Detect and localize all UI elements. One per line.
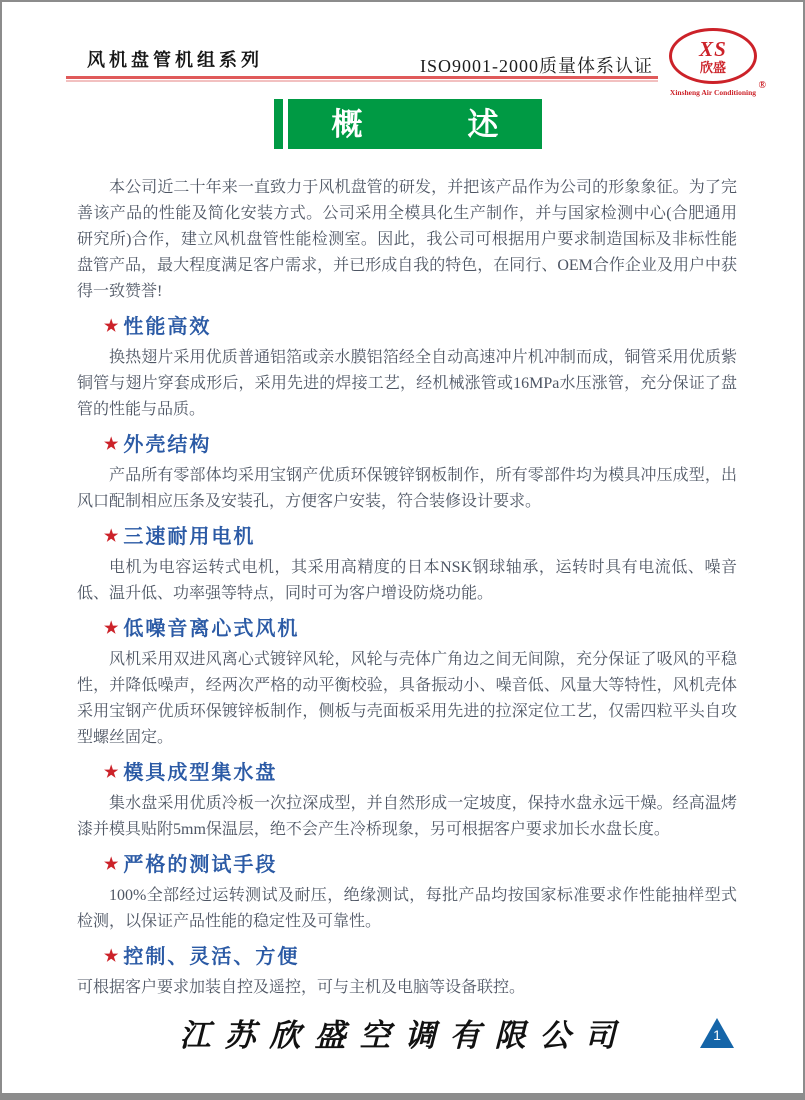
star-icon: ★ [104, 436, 120, 453]
feature-section: ★三速耐用电机 电机为电容运转式电机，其采用高精度的日本NSK钢球轴承，运转时具… [77, 525, 737, 607]
feature-section-title: 性能高效 [123, 316, 211, 338]
star-icon: ★ [104, 620, 120, 637]
document-page: 风机盘管机组系列 ISO9001-2000质量体系认证 XS 欣盛 ® Xins… [0, 0, 805, 1100]
feature-section-title: 严格的测试手段 [123, 854, 277, 876]
page-number: 1 [700, 1027, 734, 1043]
feature-section-body: 可根据客户要求加装自控及遥控，可与主机及电脑等设备联控。 [77, 975, 737, 1001]
feature-section: ★模具成型集水盘 集水盘采用优质冷板一次拉深成型，并自然形成一定坡度，保持水盘永… [77, 761, 737, 843]
feature-section-body: 换热翅片采用优质普通铝箔或亲水膜铝箔经全自动高速冲片机冲制而成，铜管采用优质紫铜… [77, 345, 737, 423]
feature-section: ★低噪音离心式风机 风机采用双进风离心式镀锌风轮，风轮与壳体广角边之间无间隙，充… [77, 617, 737, 751]
star-icon: ★ [104, 318, 120, 335]
feature-section-body: 风机采用双进风离心式镀锌风轮，风轮与壳体广角边之间无间隙，充分保证了吸风的平稳性… [77, 647, 737, 751]
feature-section-heading: ★外壳结构 [77, 433, 737, 457]
feature-section-body: 电机为电容运转式电机，其采用高精度的日本NSK钢球轴承，运转时具有电流低、噪音低… [77, 555, 737, 607]
main-content: 本公司近二十年来一直致力于风机盘管的研发，并把该产品作为公司的形象象征。为了完善… [77, 2, 737, 1001]
feature-section: ★性能高效 换热翅片采用优质普通铝箔或亲水膜铝箔经全自动高速冲片机冲制而成，铜管… [77, 315, 737, 423]
feature-section-title: 三速耐用电机 [123, 526, 255, 548]
feature-section-heading: ★严格的测试手段 [77, 853, 737, 877]
feature-section: ★外壳结构 产品所有零部体均采用宝钢产优质环保镀锌钢板制作，所有零部件均为模具冲… [77, 433, 737, 515]
feature-section-title: 模具成型集水盘 [123, 762, 277, 784]
star-icon: ★ [104, 856, 120, 873]
feature-section-title: 低噪音离心式风机 [123, 618, 299, 640]
feature-section-body: 产品所有零部体均采用宝钢产优质环保镀锌钢板制作，所有零部件均为模具冲压成型，出风… [77, 463, 737, 515]
star-icon: ★ [104, 528, 120, 545]
company-name-footer: 江苏欣盛空调有限公司 [2, 1010, 805, 1055]
star-icon: ★ [104, 948, 120, 965]
feature-section-title: 外壳结构 [123, 434, 211, 456]
feature-section-heading: ★低噪音离心式风机 [77, 617, 737, 641]
feature-section-body: 100%全部经过运转测试及耐压，绝缘测试，每批产品均按国家标准要求作性能抽样型式… [77, 883, 737, 935]
feature-section: ★控制、灵活、方便 可根据客户要求加装自控及遥控，可与主机及电脑等设备联控。 [77, 945, 737, 1001]
page-number-badge: 1 [700, 1018, 734, 1048]
feature-section-heading: ★三速耐用电机 [77, 525, 737, 549]
feature-section-heading: ★模具成型集水盘 [77, 761, 737, 785]
feature-section-body: 集水盘采用优质冷板一次拉深成型，并自然形成一定坡度，保持水盘永远干燥。经高温烤漆… [77, 791, 737, 843]
feature-section: ★严格的测试手段 100%全部经过运转测试及耐压，绝缘测试，每批产品均按国家标准… [77, 853, 737, 935]
star-icon: ★ [104, 764, 120, 781]
intro-paragraph: 本公司近二十年来一直致力于风机盘管的研发，并把该产品作为公司的形象象征。为了完善… [77, 175, 737, 305]
feature-section-heading: ★控制、灵活、方便 [77, 945, 737, 969]
feature-section-heading: ★性能高效 [77, 315, 737, 339]
feature-section-title: 控制、灵活、方便 [123, 946, 299, 968]
feature-sections: ★性能高效 换热翅片采用优质普通铝箔或亲水膜铝箔经全自动高速冲片机冲制而成，铜管… [77, 315, 737, 1001]
registered-trademark-icon: ® [759, 80, 766, 91]
